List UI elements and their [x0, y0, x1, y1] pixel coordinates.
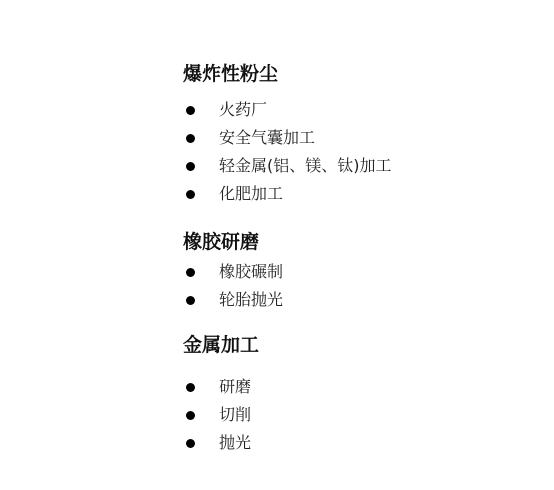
- bullet-icon: [186, 383, 195, 392]
- list-item-label: 火药厂: [219, 96, 267, 124]
- section-heading: 橡胶研磨: [183, 230, 259, 254]
- bullet-icon: [186, 106, 195, 115]
- list-item: 安全气囊加工: [183, 124, 278, 152]
- list-item-label: 安全气囊加工: [219, 124, 315, 152]
- list-item-label: 抛光: [219, 429, 251, 457]
- list-item-label: 轻金属(铝、镁、钛)加工: [219, 152, 392, 180]
- bullet-icon: [186, 190, 195, 199]
- section-heading: 爆炸性粉尘: [183, 62, 278, 86]
- list-item: 切削: [183, 401, 259, 429]
- bullet-icon: [186, 296, 195, 305]
- bullet-list: 研磨 切削 抛光: [183, 373, 259, 457]
- list-item: 轮胎抛光: [183, 286, 259, 314]
- bullet-list: 火药厂 安全气囊加工 轻金属(铝、镁、钛)加工 化肥加工: [183, 96, 278, 208]
- section-heading: 金属加工: [183, 333, 259, 357]
- bullet-icon: [186, 134, 195, 143]
- bullet-icon: [186, 162, 195, 171]
- bullet-icon: [186, 411, 195, 420]
- list-item: 轻金属(铝、镁、钛)加工: [183, 152, 278, 180]
- bullet-icon: [186, 268, 195, 277]
- section-explosive-dust: 爆炸性粉尘 火药厂 安全气囊加工 轻金属(铝、镁、钛)加工 化肥加工: [183, 62, 278, 208]
- list-item: 研磨: [183, 373, 259, 401]
- bullet-list: 橡胶碾制 轮胎抛光: [183, 258, 259, 314]
- section-rubber-grinding: 橡胶研磨 橡胶碾制 轮胎抛光: [183, 230, 259, 314]
- list-item: 火药厂: [183, 96, 278, 124]
- list-item-label: 研磨: [219, 373, 251, 401]
- list-item-label: 轮胎抛光: [219, 286, 283, 314]
- list-item-label: 切削: [219, 401, 251, 429]
- list-item-label: 橡胶碾制: [219, 258, 283, 286]
- list-item-label: 化肥加工: [219, 180, 283, 208]
- section-metal-processing: 金属加工 研磨 切削 抛光: [183, 333, 259, 457]
- list-item: 抛光: [183, 429, 259, 457]
- bullet-icon: [186, 439, 195, 448]
- list-item: 化肥加工: [183, 180, 278, 208]
- list-item: 橡胶碾制: [183, 258, 259, 286]
